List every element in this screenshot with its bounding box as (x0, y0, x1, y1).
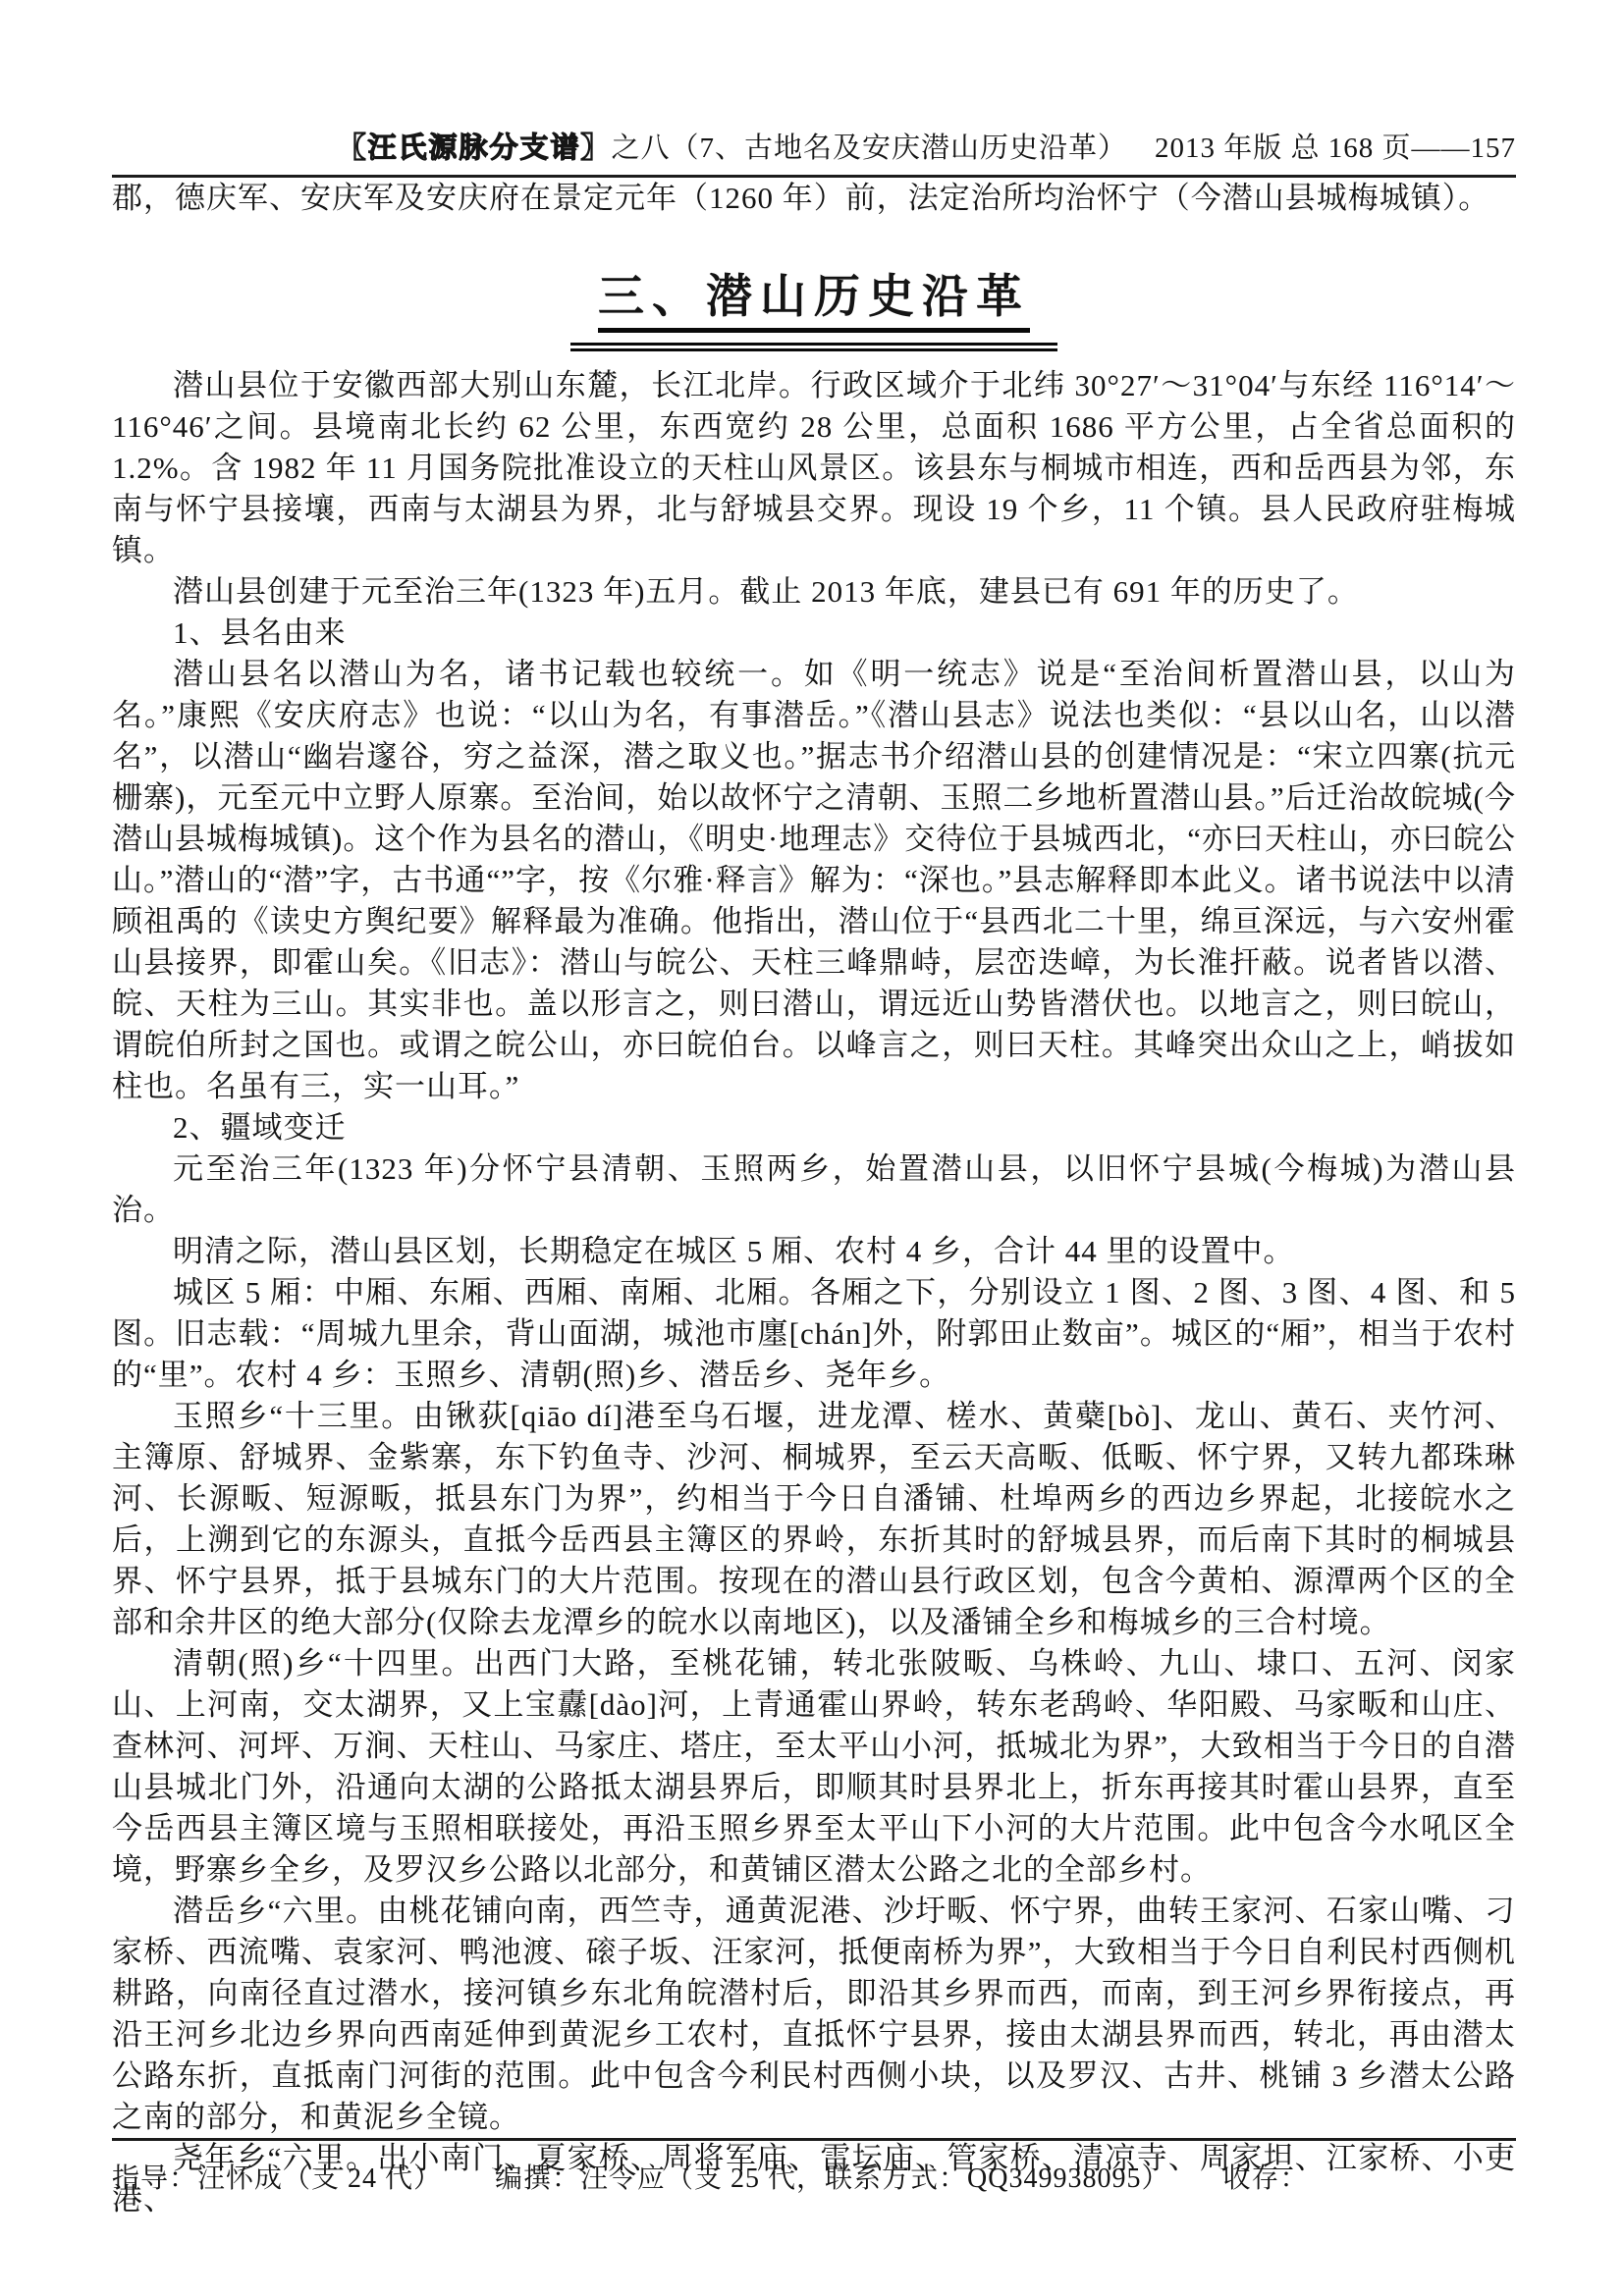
paragraph-1323-division: 元至治三年(1323 年)分怀宁县清朝、玉照两乡，始置潜山县，以旧怀宁县城(今梅… (112, 1148, 1516, 1231)
footer-keeper: 收存： (1222, 2163, 1308, 2194)
paragraph-qingchao-township: 清朝(照)乡“十四里。出西门大路，至桃花铺，转北张陂畈、乌株岭、九山、埭口、五河… (112, 1643, 1516, 1891)
paragraph-qianyue-township: 潜岳乡“六里。由桃花铺向南，西竺寺，通黄泥港、沙圩畈、怀宁界，曲转王家河、石家山… (112, 1891, 1516, 2138)
paragraph-yuzhao-township: 玉照乡“十三里。由锹荻[qiāo dí]港至乌石堰，进龙潭、槎水、黄蘗[bò]、… (112, 1396, 1516, 1643)
paragraph-name-origin: 潜山县名以潜山为名，诸书记载也较统一。如《明一统志》说是“至治间析置潜山县，以山… (112, 654, 1516, 1107)
paragraph-county-founding: 潜山县创建于元至治三年(1323 年)五月。截止 2013 年底，建县已有 69… (112, 571, 1516, 613)
document-page: 【汪氏源脉分支谱】之八（7、古地名及安庆潜山历史沿革）2013 年版 总 168… (0, 0, 1624, 2296)
paragraph-county-location: 潜山县位于安徽西部大别山东麓，长江北岸。行政区域介于北纬 30°27′～31°0… (112, 365, 1516, 571)
page-header: 【汪氏源脉分支谱】之八（7、古地名及安庆潜山历史沿革）2013 年版 总 168… (112, 126, 1516, 178)
section-heading-territory-changes: 2、疆域变迁 (112, 1107, 1516, 1148)
continuation-paragraph: 郡，德庆军、安庆军及安庆府在景定元年（1260 年）前，法定治所均治怀宁（今潜山… (112, 178, 1516, 219)
section-heading-county-name-origin: 1、县名由来 (112, 613, 1516, 654)
paragraph-urban-wards-rural-townships: 城区 5 厢：中厢、东厢、西厢、南厢、北厢。各厢之下，分别设立 1 图、2 图、… (112, 1272, 1516, 1396)
page-footer: 指导：汪怀成（支 24 代）编撰：汪令应（支 25 代，联系方式：QQ34993… (112, 2138, 1516, 2196)
header-section-title: 之八（7、古地名及安庆潜山历史沿革） (611, 133, 1127, 164)
genealogy-book-title: 【汪氏源脉分支谱】 (337, 133, 611, 164)
page-content: 【汪氏源脉分支谱】之八（7、古地名及安庆潜山历史沿革）2013 年版 总 168… (112, 0, 1516, 2220)
header-edition-page-number: 2013 年版 总 168 页——157 (1155, 133, 1516, 164)
title-double-underline: 三、潜山历史沿革 (570, 260, 1057, 351)
footer-editor: 编撰：汪令应（支 25 代，联系方式：QQ349938095） (495, 2163, 1169, 2194)
footer-advisor: 指导：汪怀成（支 24 代） (112, 2163, 442, 2194)
paragraph-ming-qing-districts: 明清之际，潜山县区划，长期稳定在城区 5 厢、农村 4 乡，合计 44 里的设置… (112, 1231, 1516, 1272)
section-title-block: 三、潜山历史沿革 (112, 260, 1516, 351)
page-title: 三、潜山历史沿革 (598, 260, 1030, 333)
